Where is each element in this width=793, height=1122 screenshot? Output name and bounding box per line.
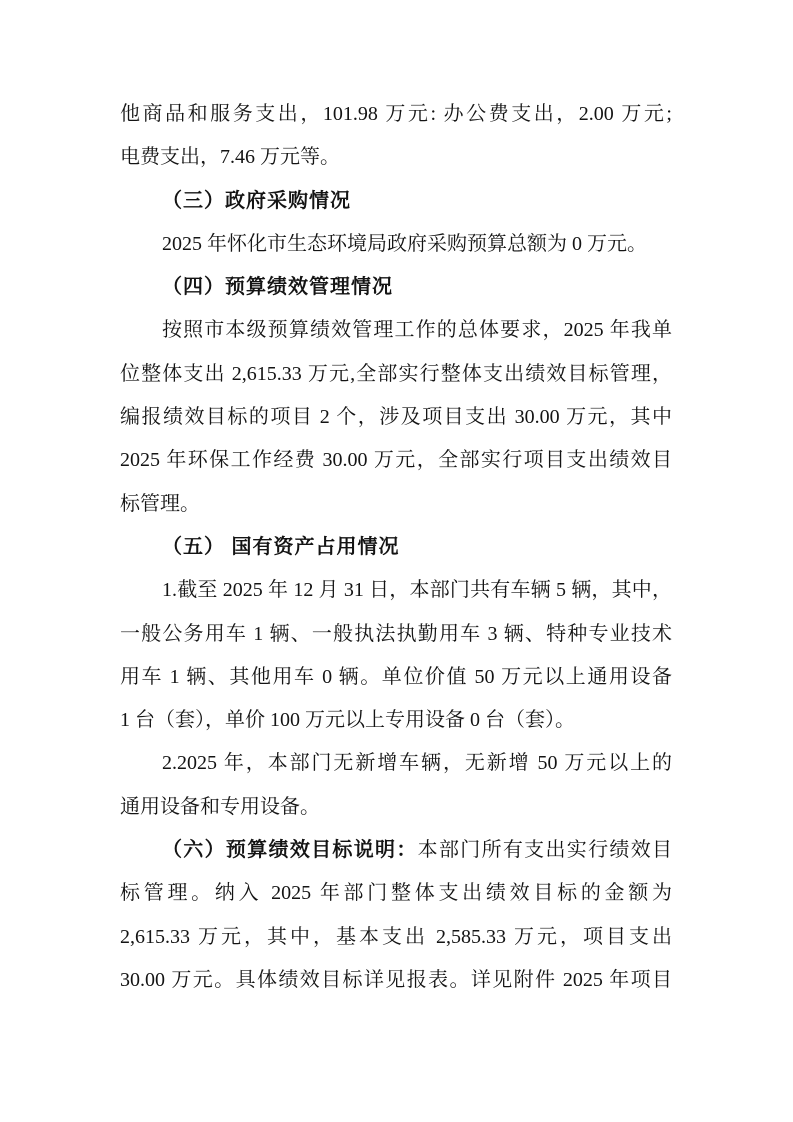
text-line: 30.00 万元。具体绩效目标详见报表。详见附件 2025 年项目 xyxy=(120,959,672,1002)
document-page: 他商品和服务支出，101.98 万元: 办公费支出，2.00 万元;电费支出，7… xyxy=(0,0,793,1122)
text-line: 他商品和服务支出，101.98 万元: 办公费支出，2.00 万元; xyxy=(120,93,672,136)
text-line: 电费支出，7.46 万元等。 xyxy=(120,136,672,179)
text-line: 标管理。纳入 2025 年部门整体支出绩效目标的金额为 xyxy=(120,872,672,915)
section-heading: （五） 国有资产占用情况 xyxy=(120,526,672,569)
text-line: 标管理。 xyxy=(120,483,672,526)
text-line: （六）预算绩效目标说明：本部门所有支出实行绩效目 xyxy=(120,829,672,872)
bold-lead-text: （六）预算绩效目标说明： xyxy=(162,839,418,861)
text-line: 通用设备和专用设备。 xyxy=(120,786,672,829)
text-line: 编报绩效目标的项目 2 个，涉及项目支出 30.00 万元，其中 xyxy=(120,396,672,439)
text-line: 1 台（套），单价 100 万元以上专用设备 0 台（套）。 xyxy=(120,699,672,742)
text-line: 一般公务用车 1 辆、一般执法执勤用车 3 辆、特种专业技术 xyxy=(120,613,672,656)
text-line: 用车 1 辆、其他用车 0 辆。单位价值 50 万元以上通用设备 xyxy=(120,656,672,699)
section-heading: （三）政府采购情况 xyxy=(120,180,672,223)
text-line: 2025 年环保工作经费 30.00 万元，全部实行项目支出绩效目 xyxy=(120,439,672,482)
section-heading: （四）预算绩效管理情况 xyxy=(120,266,672,309)
text-line: 1.截至 2025 年 12 月 31 日，本部门共有车辆 5 辆，其中， xyxy=(120,569,672,612)
text-line: 2.2025 年，本部门无新增车辆，无新增 50 万元以上的 xyxy=(120,742,672,785)
text-line: 2025 年怀化市生态环境局政府采购预算总额为 0 万元。 xyxy=(120,223,672,266)
text-line: 位整体支出 2,615.33 万元,全部实行整体支出绩效目标管理， xyxy=(120,353,672,396)
document-text-block: 他商品和服务支出，101.98 万元: 办公费支出，2.00 万元;电费支出，7… xyxy=(120,93,672,1002)
text-line: 2,615.33 万元，其中，基本支出 2,585.33 万元，项目支出 xyxy=(120,916,672,959)
text-line: 按照市本级预算绩效管理工作的总体要求，2025 年我单 xyxy=(120,309,672,352)
